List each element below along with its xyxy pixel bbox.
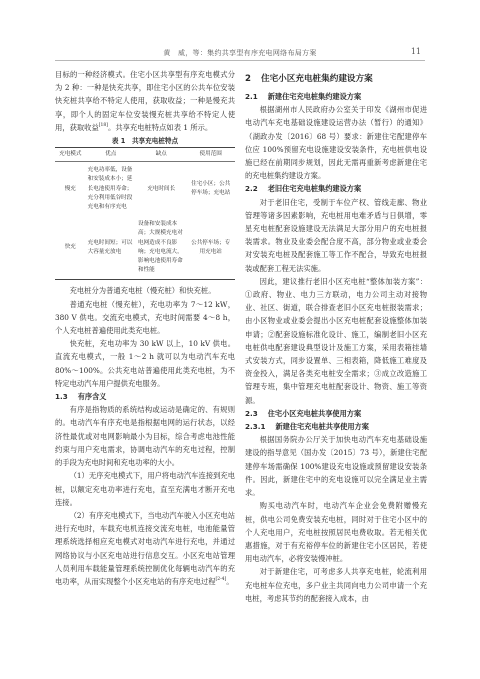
cell-mode: 慢充 <box>55 162 86 217</box>
section-title: 新建住宅充电桩共享使用方案 <box>275 422 368 431</box>
section-heading-2-3-1: 2.3.1新建住宅充电桩共享使用方案 <box>245 420 427 433</box>
section-title: 老旧住宅充电桩集约建设方案 <box>268 184 361 193</box>
section-title: 住宅小区充电桩集约建设方案 <box>261 74 373 84</box>
cell-cons: 充电时间长 <box>136 162 186 217</box>
section-number: 2.3.1 <box>245 422 265 431</box>
cell-pros: 充电时间短；可以大容量充放电 <box>86 216 136 280</box>
section-number: 1.3 <box>55 392 68 401</box>
ordered-text: （2）有序充电模式下，当电动汽车驶入小区充电站进行充电时，车载充电机连接交流充电… <box>55 511 235 586</box>
paragraph-slow-charger: 普通充电桩（慢充桩），充电功率为 7～12 kW，380 V 供电。交流充电模式… <box>55 298 235 338</box>
cell-cons: 设备和安装成本高；大规模充电对电网造成不良影响；充电电流大，影响电池使用寿命和性… <box>136 216 186 280</box>
paragraph-2-2a: 对于老旧住宅，受制于车位产权、管线走廊、物业管理等诸多因素影响，充电桩用电难矛盾… <box>245 196 427 275</box>
paragraph-2-1: 根据湖州市人民政府办公室关于印发《湖州市促进电动汽车充电基础设施建设运营办法（暂… <box>245 103 427 182</box>
ordered-tail: 。 <box>226 577 233 586</box>
section-title: 住宅小区充电桩共享使用方案 <box>268 409 361 418</box>
section-number: 2 <box>245 74 251 84</box>
section-title: 有序含义 <box>78 392 107 401</box>
section-heading-1-3: 1.3有序含义 <box>55 390 235 403</box>
paragraph-2-3-1a: 根据国务院办公厅关于加快电动汽车充电基础设施建设的指导意见（国办发〔2015〕7… <box>245 433 427 499</box>
paragraph-meaning: 有序是指物质的系统结构或运动是确定的、有规则的。电动汽车有序充电是指根据电网的运… <box>55 403 235 469</box>
col-header-cons: 缺点 <box>136 148 186 162</box>
cell-scope: 公共停车场；专用充电站 <box>186 216 235 280</box>
intro-paragraph: 目标的一种经济模式。住宅小区共享型有序充电模式分为 2 种：一种是快充共享，即住… <box>55 68 235 134</box>
col-header-scope: 使用范围 <box>186 148 235 162</box>
section-heading-2-2: 2.2老旧住宅充电桩集约建设方案 <box>245 182 427 195</box>
table-caption: 表 1 共享充电桩特点 <box>55 135 235 147</box>
citation[interactable]: [18] <box>99 123 108 128</box>
paragraph-2-2b: 因此，建议推行老旧小区充电桩“整体加装方案”：①政府、物业、电力三方联动，电力公… <box>245 275 427 407</box>
section-number: 2.1 <box>245 92 258 101</box>
running-header: 黄 威，等：集约共享型有序充电网络布局方案 11 <box>55 46 425 61</box>
col-header-mode: 充电模式 <box>55 148 86 162</box>
paragraph-2-3-1b: 购买电动汽车时，电动汽车企业会免费附赠慢充桩，供电公司免费安装充电桩，同时对于住… <box>245 499 427 565</box>
running-title: 黄 威，等：集约共享型有序充电网络布局方案 <box>55 48 425 58</box>
page-number: 11 <box>411 47 421 56</box>
paragraph-fast-charger: 快充桩，充电功率为 30 kW 以上，10 kV 供电。直流充电模式，一般 1～… <box>55 337 235 390</box>
citation[interactable]: [2-4] <box>216 577 227 582</box>
col-header-pros: 优点 <box>86 148 136 162</box>
paragraph-2-3-1c: 对于新建住宅，可考虑多人共享充电桩，轮流利用充电桩车位充电，多户业主共同向电力公… <box>245 565 427 605</box>
right-column: 2住宅小区充电桩集约建设方案 2.1新建住宅充电桩集约建设方案 根据湖州市人民政… <box>245 68 427 605</box>
section-title: 新建住宅充电桩集约建设方案 <box>268 92 361 101</box>
cell-mode: 快充 <box>55 216 86 280</box>
paragraph-types: 充电桩分为普通充电桩（慢充桩）和快充桩。 <box>55 284 235 297</box>
section-number: 2.3 <box>245 409 258 418</box>
table-header-row: 充电模式 优点 缺点 使用范围 <box>55 148 235 162</box>
cell-scope: 住宅小区；公共停车场；充电站 <box>186 162 235 217</box>
section-number: 2.2 <box>245 184 258 193</box>
paragraph-ordered: （2）有序充电模式下，当电动汽车驶入小区充电站进行充电时，车载充电机连接交流充电… <box>55 509 235 588</box>
section-heading-2: 2住宅小区充电桩集约建设方案 <box>245 72 427 86</box>
section-heading-2-1: 2.1新建住宅充电桩集约建设方案 <box>245 90 427 103</box>
table-row: 快充 充电时间短；可以大容量充放电 设备和安装成本高；大规模充电对电网造成不良影… <box>55 216 235 280</box>
section-heading-2-3: 2.3住宅小区充电桩共享使用方案 <box>245 407 427 420</box>
table-row: 慢充 充电功率低，设备和安装成本小；延长电池使用寿命；充分利用低谷时段充电和有序… <box>55 162 235 217</box>
intro-tail: 。共享充电桩特点如表 1 所示。 <box>108 123 212 132</box>
cell-pros: 充电功率低，设备和安装成本小；延长电池使用寿命；充分利用低谷时段充电和有序充电 <box>86 162 136 217</box>
paragraph-disordered: （1）无序充电模式下，用户将电动汽车连接到充电桩，以额定充电功率进行充电，直至充… <box>55 469 235 509</box>
left-column: 目标的一种经济模式。住宅小区共享型有序充电模式分为 2 种：一种是快充共享，即住… <box>55 68 235 588</box>
features-table: 充电模式 优点 缺点 使用范围 慢充 充电功率低，设备和安装成本小；延长电池使用… <box>55 147 235 280</box>
